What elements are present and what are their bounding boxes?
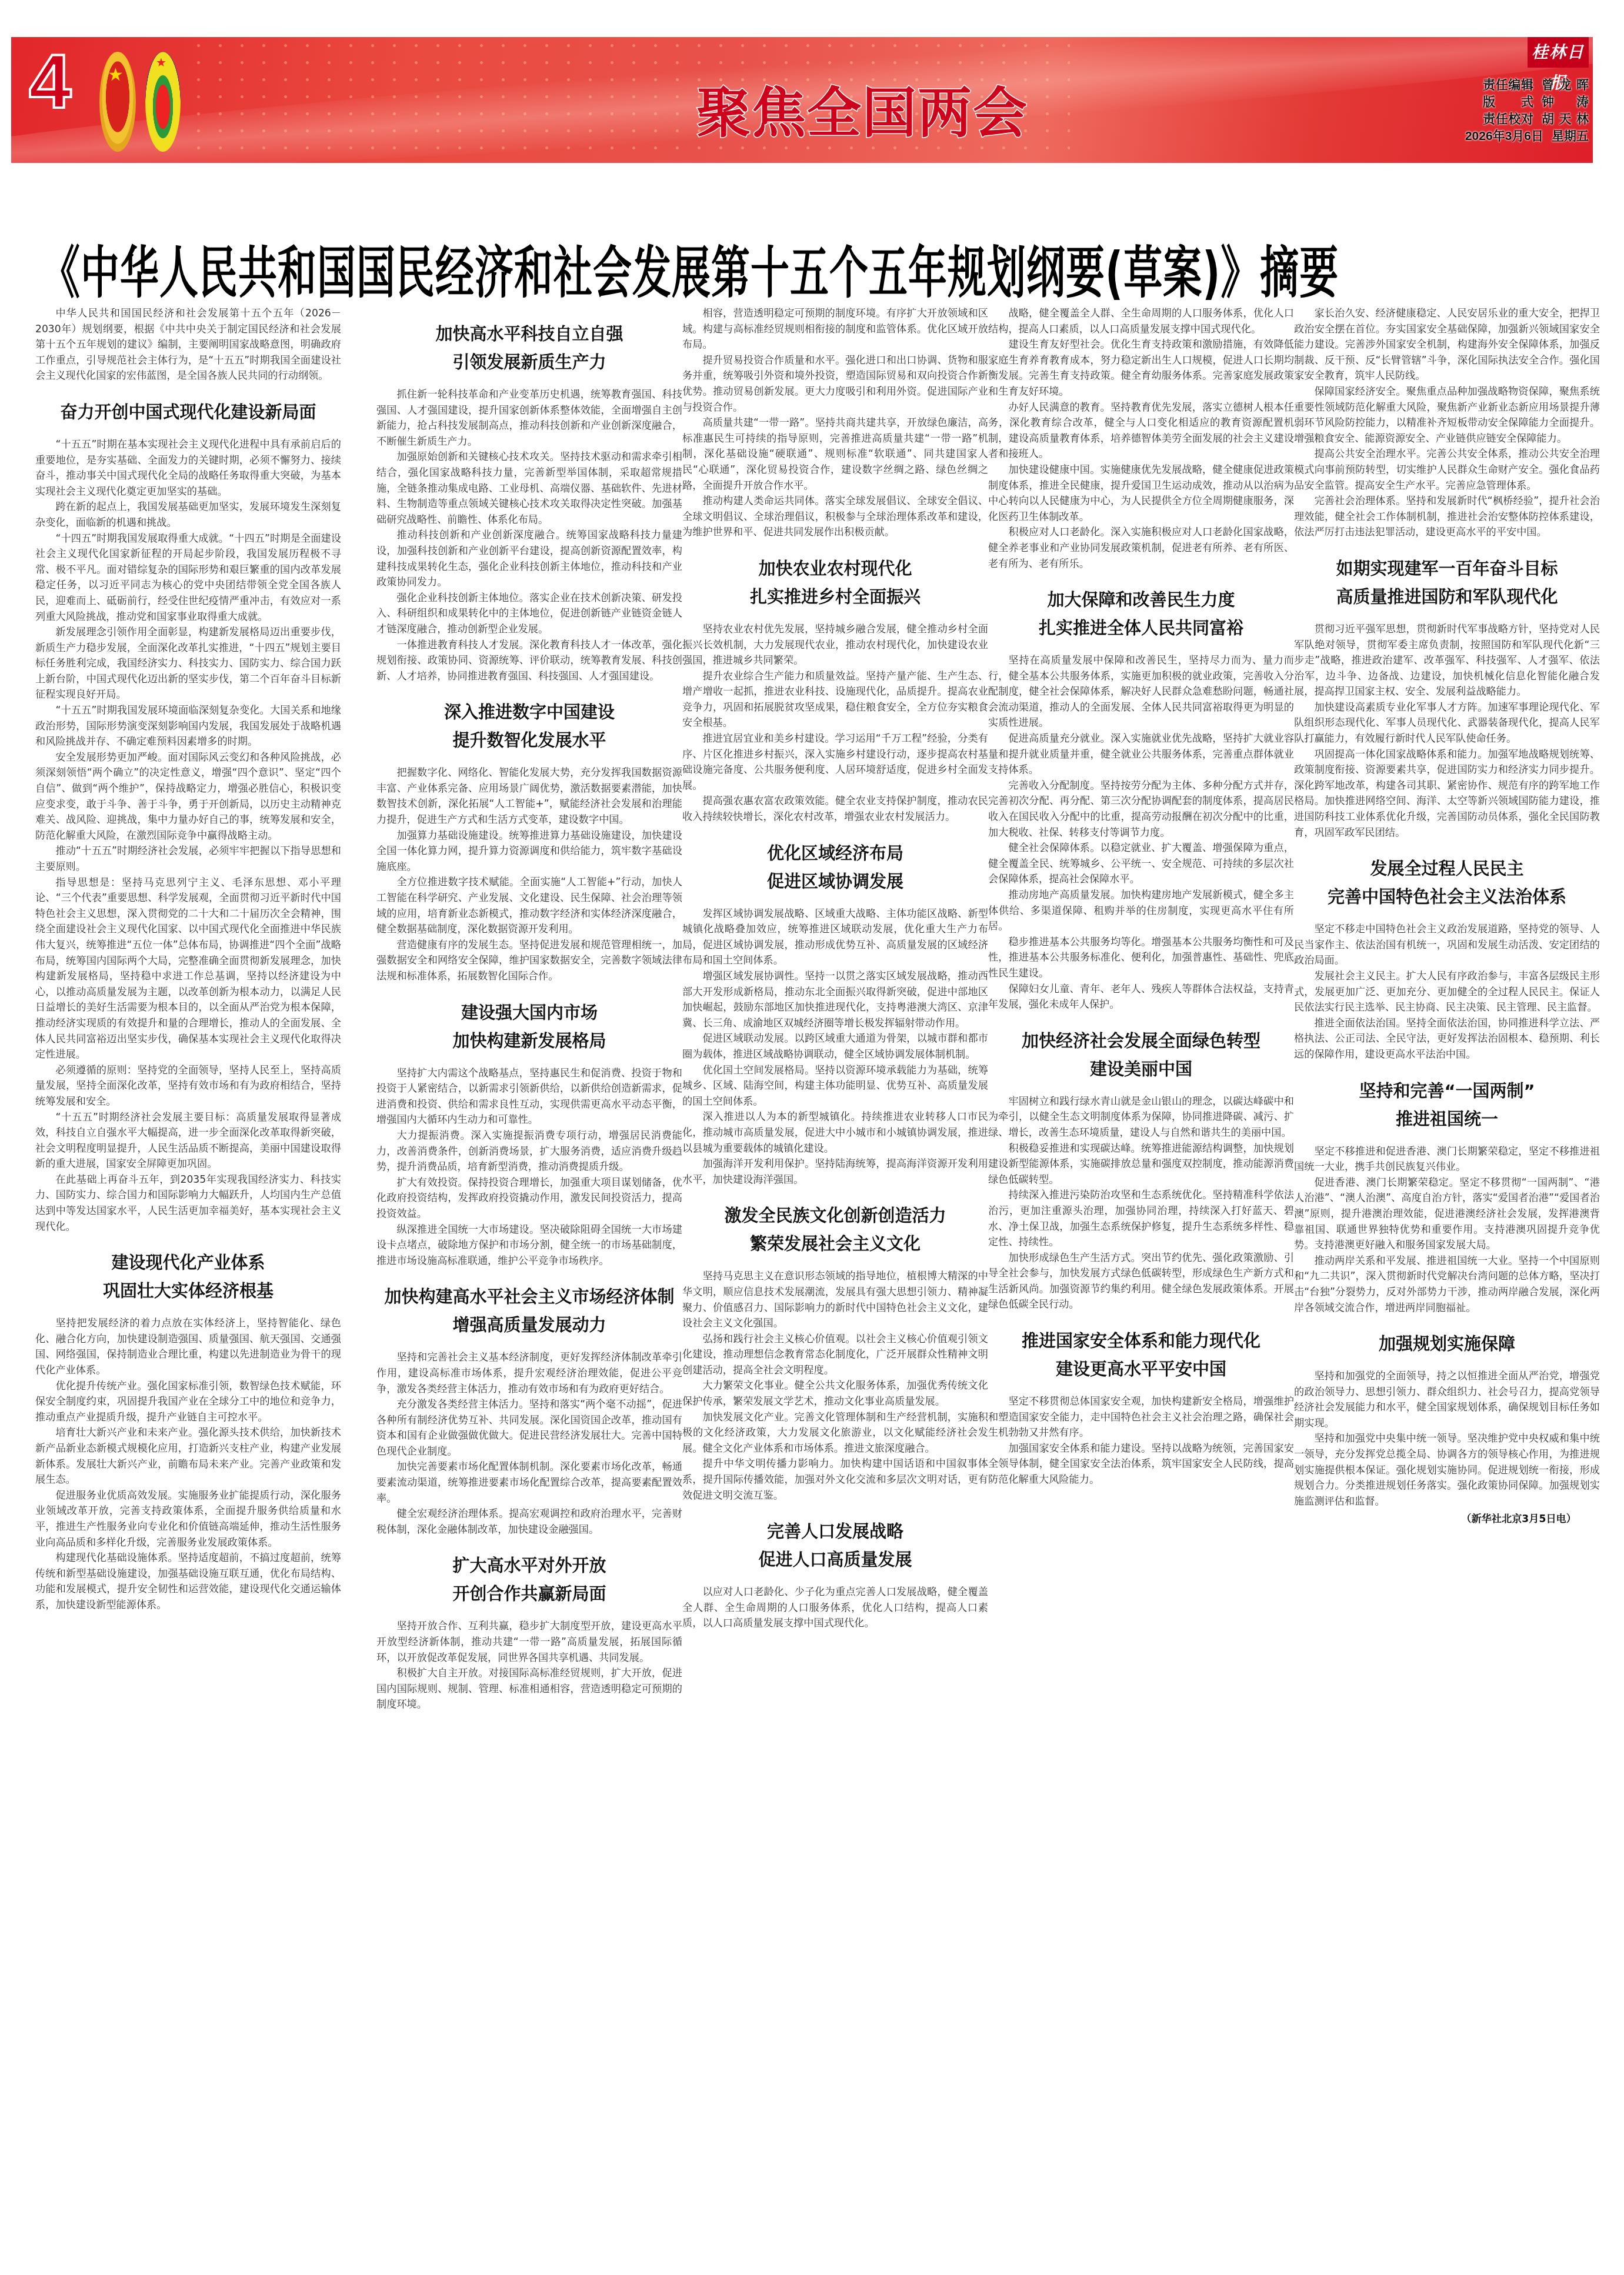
- body-paragraph: 积极应对人口老龄化。深入实施积极应对人口老龄化国家战略，健全养老事业和产业协同发…: [988, 525, 1294, 572]
- body-paragraph: 坚持马克思主义在意识形态领域的指导地位，植根博大精深的中华文明，顺应信息技术发展…: [682, 1269, 988, 1331]
- section-title: 聚焦全国两会: [696, 70, 1028, 148]
- body-paragraph: 培育壮大新兴产业和未来产业。强化源头技术供给，加快新技术新产品新业态新模式规模化…: [35, 1425, 341, 1487]
- section-heading-line: 加大保障和改善民生力度: [988, 586, 1294, 614]
- section-heading-line: 推进国家安全体系和能力现代化: [988, 1327, 1294, 1355]
- body-paragraph: 持续深入推进污染防治攻坚和生态系统优化。坚持精准科学依法治污，更加注重源头治理，…: [988, 1187, 1294, 1250]
- section-heading-line: 建设美丽中国: [988, 1055, 1294, 1083]
- body-paragraph: 保障妇女儿童、青年、老年人、残疾人等群体合法权益，支持青年发展，强化未成年人保护…: [988, 982, 1294, 1013]
- body-paragraph: 以应对人口老龄化、少子化为重点完善人口发展战略，健全覆盖全人群、全生命周期的人口…: [682, 1585, 988, 1632]
- body-paragraph: “十五五”时期经济社会发展主要目标：高质量发展取得显著成效，科技自立自强水平大幅…: [35, 1110, 341, 1172]
- body-paragraph: 大力繁荣文化事业。健全公共文化服务体系，加强优秀传统文化保护传承，繁荣发展文学艺…: [682, 1378, 988, 1409]
- section-heading-line: 促进人口高质量发展: [682, 1546, 988, 1574]
- section-heading-line: 繁荣发展社会主义文化: [682, 1230, 988, 1258]
- body-paragraph: 深入推进以人为本的新型城镇化。持续推进农业转移人口市民化，推动城市高质量发展，促…: [682, 1109, 988, 1156]
- section-heading-line: 引领发展新质生产力: [376, 348, 682, 376]
- body-paragraph: 构建现代化基础设施体系。坚持适度超前，不搞过度超前，统筹传统和新型基础设施建设，…: [35, 1550, 341, 1613]
- body-paragraph: 完善社会治理体系。坚持和发展新时代“枫桥经验”，提升社会治理效能，健全社会工作体…: [1294, 493, 1600, 541]
- body-paragraph: 充分激发各类经营主体活力。坚持和落实“两个毫不动摇”，促进各种所有制经济优势互补…: [376, 1397, 682, 1459]
- body-paragraph: 扩大有效投资。保持投资合理增长，加强重大项目谋划储备，优化政府投资结构，发挥政府…: [376, 1175, 682, 1222]
- section-heading-line: 优化区域经济布局: [682, 839, 988, 868]
- issue-date: 2026年3月6日星期五: [1465, 128, 1589, 145]
- section-heading-line: 奋力开创中国式现代化建设新局面: [35, 398, 341, 426]
- section-heading: 加快构建高水平社会主义市场经济体制增强高质量发展动力: [376, 1283, 682, 1339]
- body-paragraph: 保障国家经济安全。聚焦重点品种加强战略物资保障，聚焦系统重要性领域防范化解重大风…: [1294, 384, 1600, 446]
- body-paragraph: 加快形成绿色生产生活方式。突出节约优先、强化政策激励、引导全社会参与，加快发展方…: [988, 1250, 1294, 1313]
- body-paragraph: 家长治久安、经济健康稳定、人民安居乐业的重大安全，把捍卫政治安全摆在首位。夯实国…: [1294, 306, 1600, 384]
- section-heading: 加大保障和改善民生力度扎实推进全体人民共同富裕: [988, 586, 1294, 642]
- body-paragraph: 坚持和加强党的全面领导，持之以恒推进全面从严治党，增强党的政治领导力、思想引领力…: [1294, 1369, 1600, 1431]
- section-heading-line: 完善中国特色社会主义法治体系: [1294, 883, 1600, 911]
- section-heading-line: 激发全民族文化创新创造活力: [682, 1202, 988, 1230]
- body-paragraph: 提升农业综合生产能力和质量效益。坚持产量产能、生产生态、增产增收一起抓，推进农业…: [682, 669, 988, 731]
- article-headline: 《中华人民共和国国民经济和社会发展第十五个五年规划纲要(草案)》摘要: [41, 235, 1594, 312]
- article-column-2: 加快高水平科技自立自强引领发展新质生产力抓住新一轮科技革命和产业变革历史机遇，统…: [376, 306, 682, 2264]
- body-paragraph: 巩固提高一体化国家战略体系和能力。加强军地战略规划统筹、政策制度衔接、资源要素共…: [1294, 747, 1600, 841]
- body-paragraph: “十五五”时期在基本实现社会主义现代化进程中具有承前启后的重要地位，是夯实基础、…: [35, 437, 341, 499]
- section-heading: 加快高水平科技自立自强引领发展新质生产力: [376, 320, 682, 376]
- body-paragraph: 促进区域联动发展。以跨区域重大通道为骨架，以城市群和都市圈为载体，推进区域战略协…: [682, 1031, 988, 1062]
- article-column-3: 相容，营造透明稳定可预期的制度环境。有序扩大开放领域和区域。构建与高标准经贸规则…: [682, 306, 988, 2264]
- body-paragraph: 优化提升传统产业。强化国家标准引领，数智绿色技术赋能，环保安全制度约束，巩固提升…: [35, 1379, 341, 1426]
- body-paragraph: 提升中华文明传播力影响力。加快构建中国话语和中国叙事体系，提升国际传播效能，加强…: [682, 1456, 988, 1503]
- page-header-banner: 4 聚焦全国两会: [11, 37, 1593, 163]
- body-paragraph: 坚持把发展经济的着力点放在实体经济上，坚持智能化、绿色化、融合化方向，加快建设制…: [35, 1316, 341, 1378]
- body-paragraph: 推进全面依法治国。坚持全面依法治国，协同推进科学立法、严格执法、公正司法、全民守…: [1294, 1016, 1600, 1063]
- body-paragraph: 把握数字化、网络化、智能化发展大势，充分发挥我国数据资源丰富、产业体系完备、应用…: [376, 765, 682, 828]
- body-paragraph: 积极稳妥推进和实现碳达峰。统筹推进能源结构调整，加快规划建设新型能源体系，实施碳…: [988, 1141, 1294, 1188]
- section-heading: 扩大高水平对外开放开创合作共赢新局面: [376, 1552, 682, 1608]
- body-paragraph: 健全社会保障体系。以稳定就业、扩大覆盖、增强保障为重点，健全覆盖全民、统筹城乡、…: [988, 840, 1294, 888]
- body-paragraph: 加强国家安全体系和能力建设。坚持以战略为统领，完善国家安全领导体制，健全国家安全…: [988, 1441, 1294, 1488]
- body-paragraph: 在此基础上再奋斗五年，到2035年实现我国经济实力、科技实力、国防实力、综合国力…: [35, 1172, 341, 1235]
- section-heading: 加强规划实施保障: [1294, 1330, 1600, 1358]
- body-paragraph: 战略，健全覆盖全人群、全生命周期的人口服务体系，优化人口结构，提高人口素质，以人…: [988, 306, 1294, 337]
- body-paragraph: 坚持农业农村优先发展，坚持城乡融合发展，健全推动乡村全面振兴长效机制，大力发展现…: [682, 622, 988, 669]
- body-paragraph: 建设生育友好型社会。优化生育支持政策和激励措施，有效降低家庭生育养育教育成本，努…: [988, 337, 1294, 399]
- section-heading: 建设现代化产业体系巩固壮大实体经济根基: [35, 1249, 341, 1305]
- section-heading: 激发全民族文化创新创造活力繁荣发展社会主义文化: [682, 1202, 988, 1258]
- body-paragraph: 相容，营造透明稳定可预期的制度环境。有序扩大开放领域和区域。构建与高标准经贸规则…: [682, 306, 988, 353]
- body-paragraph: 坚持在高质量发展中保障和改善民生，坚持尽力而为、量力而行，健全基本公共服务体系，…: [988, 653, 1294, 731]
- body-paragraph: 加强海洋开发利用保护。坚持陆海统筹，提高海洋资源开发利用水平，加快建设海洋强国。: [682, 1156, 988, 1187]
- body-paragraph: 积极扩大自主开放。对接国际高标准经贸规则，扩大开放，促进国内国际规则、规制、管理…: [376, 1666, 682, 1713]
- credit-row: 版式钟涛: [1465, 94, 1589, 111]
- section-heading-line: 加快高水平科技自立自强: [376, 320, 682, 348]
- section-heading-line: 加快农业农村现代化: [682, 555, 988, 583]
- body-paragraph: 发展社会主义民主。扩大人民有序政治参与，丰富各层级民主形式，发展更加广泛、更加充…: [1294, 969, 1600, 1016]
- section-heading: 完善人口发展战略促进人口高质量发展: [682, 1517, 988, 1574]
- section-heading-line: 发展全过程人民民主: [1294, 855, 1600, 883]
- body-paragraph: 大力提振消费。深入实施提振消费专项行动，增强居民消费能力，改善消费条件，创新消费…: [376, 1128, 682, 1175]
- section-heading-line: 推进祖国统一: [1294, 1105, 1600, 1133]
- body-paragraph: 加快完善要素市场化配置体制机制。深化要素市场化改革，畅通要素流动渠道，统筹推进要…: [376, 1459, 682, 1506]
- section-heading-line: 促进区域协调发展: [682, 868, 988, 896]
- body-paragraph: 坚定不移推进和促进香港、澳门长期繁荣稳定，坚定不移推进祖国统一大业，携手共创民族…: [1294, 1144, 1600, 1175]
- body-paragraph: 促进服务业优质高效发展。实施服务业扩能提质行动，深化服务业领域改革开放，完善支持…: [35, 1488, 341, 1550]
- body-paragraph: 坚持和完善社会主义基本经济制度，更好发挥经济体制改革牵引作用，建设高标准市场体系…: [376, 1350, 682, 1397]
- body-paragraph: 健全宏观经济治理体系。提高宏观调控和政府治理水平，完善财税体制，深化金融体制改革…: [376, 1506, 682, 1537]
- credit-row: 责任编辑曾龙晖: [1465, 76, 1589, 94]
- section-heading-line: 扩大高水平对外开放: [376, 1552, 682, 1580]
- body-paragraph: 坚持扩大内需这个战略基点，坚持惠民生和促消费、投资于物和投资于人紧密结合，以新需…: [376, 1066, 682, 1128]
- article-column-4: 战略，健全覆盖全人群、全生命周期的人口服务体系，优化人口结构，提高人口素质，以人…: [988, 306, 1294, 2264]
- body-paragraph: 加快发展文化产业。完善文化管理体制和生产经营机制，实施积极的文化经济政策，大力发…: [682, 1410, 988, 1457]
- body-paragraph: 纵深推进全国统一大市场建设。坚决破除阻碍全国统一大市场建设卡点堵点，破除地方保护…: [376, 1222, 682, 1269]
- body-paragraph: 推动两岸关系和平发展、推进祖国统一大业。坚持一个中国原则和“九二共识”，深入贯彻…: [1294, 1253, 1600, 1316]
- body-paragraph: 跨在新的起点上，我国发展基础更加坚实，发展环境发生深刻复杂变化，面临新的机遇和挑…: [35, 499, 341, 531]
- credit-row: 责任校对胡天林: [1465, 111, 1589, 128]
- section-heading-line: 坚持和完善“一国两制”: [1294, 1077, 1600, 1105]
- body-paragraph: 完善收入分配制度。坚持按劳分配为主体、多种分配方式并存，完善初次分配、再分配、第…: [988, 778, 1294, 840]
- body-paragraph: 强化企业科技创新主体地位。落实企业在技术创新决策、研发投入、科研组织和成果转化中…: [376, 591, 682, 638]
- body-paragraph: 提高公共安全治理水平。完善公共安全体系，推动公共安全治理模式向事前预防转型，切实…: [1294, 446, 1600, 493]
- section-heading-line: 加快经济社会发展全面绿色转型: [988, 1027, 1294, 1055]
- section-heading-line: 提升数智化发展水平: [376, 726, 682, 755]
- body-paragraph: 中华人民共和国国民经济和社会发展第十五个五年（2026－2030年）规划纲要，根…: [35, 306, 341, 384]
- body-paragraph: 发挥区域协调发展战略、区域重大战略、主体功能区战略、新型城镇化战略叠加效应，统筹…: [682, 906, 988, 969]
- body-paragraph: 加快建设健康中国。实施健康优先发展战略，健全健康促进政策制度体系，推进全民健康，…: [988, 462, 1294, 525]
- body-paragraph: 促进香港、澳门长期繁荣稳定。坚定不移贯彻“一国两制”、“港人治港”、“澳人治澳”…: [1294, 1175, 1600, 1253]
- body-paragraph: 加强原始创新和关键核心技术攻关。坚持技术驱动和需求牵引相结合，强化国家战略科技力…: [376, 449, 682, 528]
- body-paragraph: 牢固树立和践行绿水青山就是金山银山的理念，以碳达峰碳中和为牵引，以健全生态文明制…: [988, 1094, 1294, 1141]
- body-paragraph: 推动科技创新和产业创新深度融合。统筹国家战略科技力量建设，加强科技创新和产业创新…: [376, 528, 682, 590]
- section-heading-line: 加快构建新发展格局: [376, 1027, 682, 1055]
- body-paragraph: 提升贸易投资合作质量和水平。强化进口和出口协调、货物和服务并重，统筹吸引外资和境…: [682, 353, 988, 415]
- section-heading-line: 完善人口发展战略: [682, 1517, 988, 1546]
- section-heading-line: 加快构建高水平社会主义市场经济体制: [376, 1283, 682, 1311]
- section-heading-line: 加强规划实施保障: [1294, 1330, 1600, 1358]
- section-heading-line: 高质量推进国防和军队现代化: [1294, 583, 1600, 611]
- cppcc-emblem-icon: [145, 52, 181, 152]
- article-column-1: 中华人民共和国国民经济和社会发展第十五个五年（2026－2030年）规划纲要，根…: [35, 306, 341, 2264]
- article-column-5: 家长治久安、经济健康稳定、人民安居乐业的重大安全，把捍卫政治安全摆在首位。夯实国…: [1294, 306, 1600, 2264]
- body-paragraph: 全方位推进数字技术赋能。全面实施“人工智能+”行动，加快人工智能在科学研究、产业…: [376, 875, 682, 937]
- body-paragraph: 优化国土空间发展格局。坚持以资源环境承载能力为基础，统筹城乡、区域、陆海空间，构…: [682, 1063, 988, 1110]
- body-paragraph: 抓住新一轮科技革命和产业变革历史机遇，统筹教育强国、科技强国、人才强国建设，提升…: [376, 387, 682, 449]
- body-paragraph: 营造健康有序的发展生态。坚持促进发展和规范管理相统一，加强数据安全和网络安全保障…: [376, 938, 682, 985]
- body-paragraph: 必须遵循的原则：坚持党的全面领导，坚持人民至上，坚持高质量发展，坚持全面深化改革…: [35, 1063, 341, 1110]
- body-paragraph: 推动“十五五”时期经济社会发展，必须牢牢把握以下指导思想和主要原则。: [35, 843, 341, 875]
- newspaper-masthead: 桂林日报: [1528, 37, 1589, 68]
- body-paragraph: 坚持和加强党中央集中统一领导。坚决维护党中央权威和集中统一领导，充分发挥党总揽全…: [1294, 1431, 1600, 1509]
- body-paragraph: 坚定不移走中国特色社会主义政治发展道路，坚持党的领导、人民当家作主、依法治国有机…: [1294, 922, 1600, 969]
- body-paragraph: 指导思想是：坚持马克思列宁主义、毛泽东思想、邓小平理论、“三个代表”重要思想、科…: [35, 875, 341, 1063]
- section-heading: 推进国家安全体系和能力现代化建设更高水平平安中国: [988, 1327, 1294, 1383]
- body-paragraph: 高质量共建“一带一路”。坚持共商共建共享，开放绿色廉洁，高标准惠民生可持续的指导…: [682, 415, 988, 493]
- section-heading: 坚持和完善“一国两制”推进祖国统一: [1294, 1077, 1600, 1133]
- body-paragraph: 提高强农惠农富农政策效能。健全农业支持保护制度，推动农民收入持续较快增长，深化农…: [682, 793, 988, 825]
- body-paragraph: 办好人民满意的教育。坚持教育优先发展，落实立德树人根本任务，深化教育综合改革，健…: [988, 400, 1294, 462]
- body-paragraph: 新发展理念引领作用全面彰显，构建新发展格局迈出重要步伐，新质生产力稳步发展，全面…: [35, 625, 341, 703]
- body-paragraph: 坚持开放合作、互利共赢，稳步扩大制度型开放，建设更高水平开放型经济新体制，推动共…: [376, 1619, 682, 1666]
- national-emblem-icon: [99, 52, 136, 152]
- body-paragraph: 贯彻习近平强军思想，贯彻新时代军事战略方针，坚持党对人民军队绝对领导，贯彻军委主…: [1294, 622, 1600, 700]
- section-heading-line: 扎实推进全体人民共同富裕: [988, 614, 1294, 642]
- section-heading-line: 增强高质量发展动力: [376, 1311, 682, 1339]
- section-heading-line: 深入推进数字中国建设: [376, 698, 682, 726]
- section-heading: 优化区域经济布局促进区域协调发展: [682, 839, 988, 896]
- body-paragraph: 推动构建人类命运共同体。落实全球发展倡议、全球安全倡议、全球文明倡议、全球治理倡…: [682, 493, 988, 541]
- dateline: （新华社北京3月5日电）: [1294, 1512, 1600, 1527]
- body-paragraph: 稳步推进基本公共服务均等化。增强基本公共服务均衡性和可及性，推进基本公共服务标准…: [988, 935, 1294, 982]
- body-paragraph: 安全发展形势更加严峻。面对国际风云变幻和各种风险挑战，必须深刻领悟“两个确立”的…: [35, 750, 341, 844]
- section-heading-line: 巩固壮大实体经济根基: [35, 1277, 341, 1305]
- body-paragraph: 推动房地产高质量发展。加快构建房地产发展新模式，健全多主体供给、多渠道保障、租购…: [988, 888, 1294, 935]
- editor-credits: 责任编辑曾龙晖 版式钟涛 责任校对胡天林 2026年3月6日星期五: [1465, 76, 1589, 145]
- body-paragraph: 一体推进教育科技人才发展。深化教育科技人才一体改革，强化规划衔接、政策协同、资源…: [376, 638, 682, 685]
- section-heading-line: 建设强大国内市场: [376, 999, 682, 1027]
- body-paragraph: 加快建设高素质专业化军事人才方阵。加速军事理论现代化、军队组织形态现代化、军事人…: [1294, 700, 1600, 747]
- section-heading: 发展全过程人民民主完善中国特色社会主义法治体系: [1294, 855, 1600, 911]
- section-heading-line: 建设更高水平平安中国: [988, 1355, 1294, 1383]
- section-heading-line: 扎实推进乡村全面振兴: [682, 583, 988, 611]
- section-heading: 深入推进数字中国建设提升数智化发展水平: [376, 698, 682, 755]
- section-heading-line: 开创合作共赢新局面: [376, 1580, 682, 1608]
- body-paragraph: “十四五”时期我国发展取得重大成就。“十四五”时期是全面建设社会主义现代化国家新…: [35, 531, 341, 625]
- section-heading-line: 建设现代化产业体系: [35, 1249, 341, 1277]
- body-paragraph: 弘扬和践行社会主义核心价值观。以社会主义核心价值观引领文化建设，推动理想信念教育…: [682, 1332, 988, 1379]
- section-heading: 如期实现建军一百年奋斗目标高质量推进国防和军队现代化: [1294, 555, 1600, 611]
- section-heading-line: 如期实现建军一百年奋斗目标: [1294, 555, 1600, 583]
- section-heading: 加快经济社会发展全面绿色转型建设美丽中国: [988, 1027, 1294, 1083]
- body-paragraph: “十五五”时期我国发展环境面临深刻复杂变化。大国关系和地缘政治形势，国际形势演变…: [35, 703, 341, 750]
- page-number: 4: [29, 43, 69, 119]
- body-paragraph: 促进高质量充分就业。深入实施就业优先战略，坚持扩大就业容量和提升就业质量并重，健…: [988, 731, 1294, 778]
- body-paragraph: 推进宜居宜业和美乡村建设。学习运用“千万工程”经验，分类有序、片区化推进乡村振兴…: [682, 731, 988, 793]
- body-paragraph: 加强算力基础设施建设。统筹推进算力基础设施建设，加快建设全国一体化算力网，提升算…: [376, 828, 682, 875]
- section-heading: 建设强大国内市场加快构建新发展格局: [376, 999, 682, 1055]
- section-heading: 加快农业农村现代化扎实推进乡村全面振兴: [682, 555, 988, 611]
- body-paragraph: 增强区域发展协调性。坚持一以贯之落实区域发展战略，推动西部大开发形成新格局，推动…: [682, 969, 988, 1031]
- section-heading: 奋力开创中国式现代化建设新局面: [35, 398, 341, 426]
- body-paragraph: 坚定不移贯彻总体国家安全观，加快构建新安全格局，增强维护和塑造国家安全能力，走中…: [988, 1394, 1294, 1441]
